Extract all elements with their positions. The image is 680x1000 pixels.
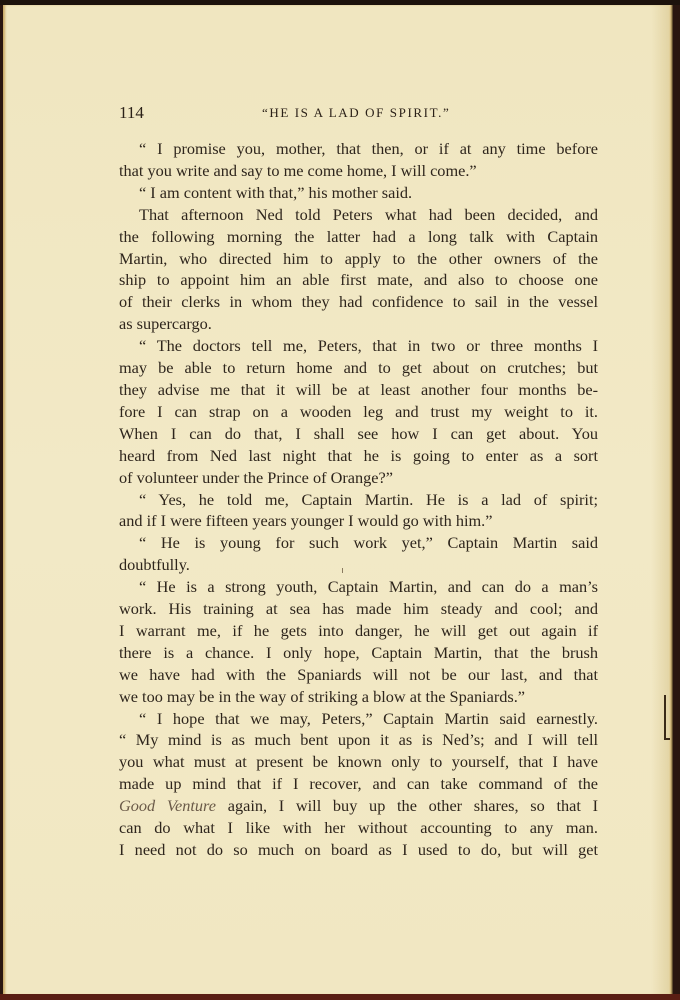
text-line-rest: again, I will buy up the other shares, s… (216, 796, 598, 815)
text-line: as supercargo. (119, 313, 598, 335)
text-line: That afternoon Ned told Peters what had … (119, 204, 598, 226)
text-line: heard from Ned last night that he is goi… (119, 445, 598, 467)
text-line: fore I can strap on a wooden leg and tru… (119, 401, 598, 423)
text-line: “ He is a strong youth, Captain Martin, … (119, 576, 598, 598)
text-line: ship to appoint him an able first mate, … (119, 269, 598, 291)
text-line: of volunteer under the Prince of Orange?… (119, 467, 598, 489)
text-line: we have had with the Spaniards will not … (119, 664, 598, 686)
text-line: the following morning the latter had a l… (119, 226, 598, 248)
page-header: 114 “HE IS A LAD OF SPIRIT.” (119, 103, 599, 123)
text-line: work. His training at sea has made him s… (119, 598, 598, 620)
text-line: Martin, who directed him to apply to the… (119, 248, 598, 270)
ship-name-italic: Good Venture (119, 796, 216, 815)
text-line: “ I promise you, mother, that then, or i… (119, 138, 598, 160)
page-number: 114 (119, 103, 144, 123)
text-line: When I can do that, I shall see how I ca… (119, 423, 598, 445)
text-line: “ He is young for such work yet,” Captai… (119, 532, 598, 554)
text-line: “ My mind is as much bent upon it as is … (119, 729, 598, 751)
scan-bottom-border (0, 994, 680, 1000)
text-line: there is a chance. I only hope, Captain … (119, 642, 598, 664)
text-line: you what must at present be known only t… (119, 751, 598, 773)
text-line: can do what I like with her without acco… (119, 817, 598, 839)
page-fold-shadow (651, 5, 669, 995)
text-line: doubtfully. (119, 554, 598, 576)
text-line: Good Venture again, I will buy up the ot… (119, 795, 598, 817)
running-title: “HE IS A LAD OF SPIRIT.” (262, 105, 450, 121)
text-line: they advise me that it will be at least … (119, 379, 598, 401)
text-line: “ Yes, he told me, Captain Martin. He is… (119, 489, 598, 511)
text-line: of their clerks in whom they had confide… (119, 291, 598, 313)
scanned-book-page: 114 “HE IS A LAD OF SPIRIT.” “ I promise… (0, 0, 680, 1000)
page-right-edge (669, 5, 673, 995)
body-text: “ I promise you, mother, that then, or i… (119, 138, 598, 861)
text-line: that you write and say to me come home, … (119, 160, 598, 182)
text-line: may be able to return home and to get ab… (119, 357, 598, 379)
text-line: we too may be in the way of striking a b… (119, 686, 598, 708)
margin-mark (664, 695, 666, 740)
text-line: “ I hope that we may, Peters,” Captain M… (119, 708, 598, 730)
text-line: “ The doctors tell me, Peters, that in t… (119, 335, 598, 357)
paper-speck (342, 568, 343, 573)
text-line: I warrant me, if he gets into danger, he… (119, 620, 598, 642)
text-line: I need not do so much on board as I used… (119, 839, 598, 861)
text-line: made up mind that if I recover, and can … (119, 773, 598, 795)
text-line: and if I were fifteen years younger I wo… (119, 510, 598, 532)
text-line: “ I am content with that,” his mother sa… (119, 182, 598, 204)
